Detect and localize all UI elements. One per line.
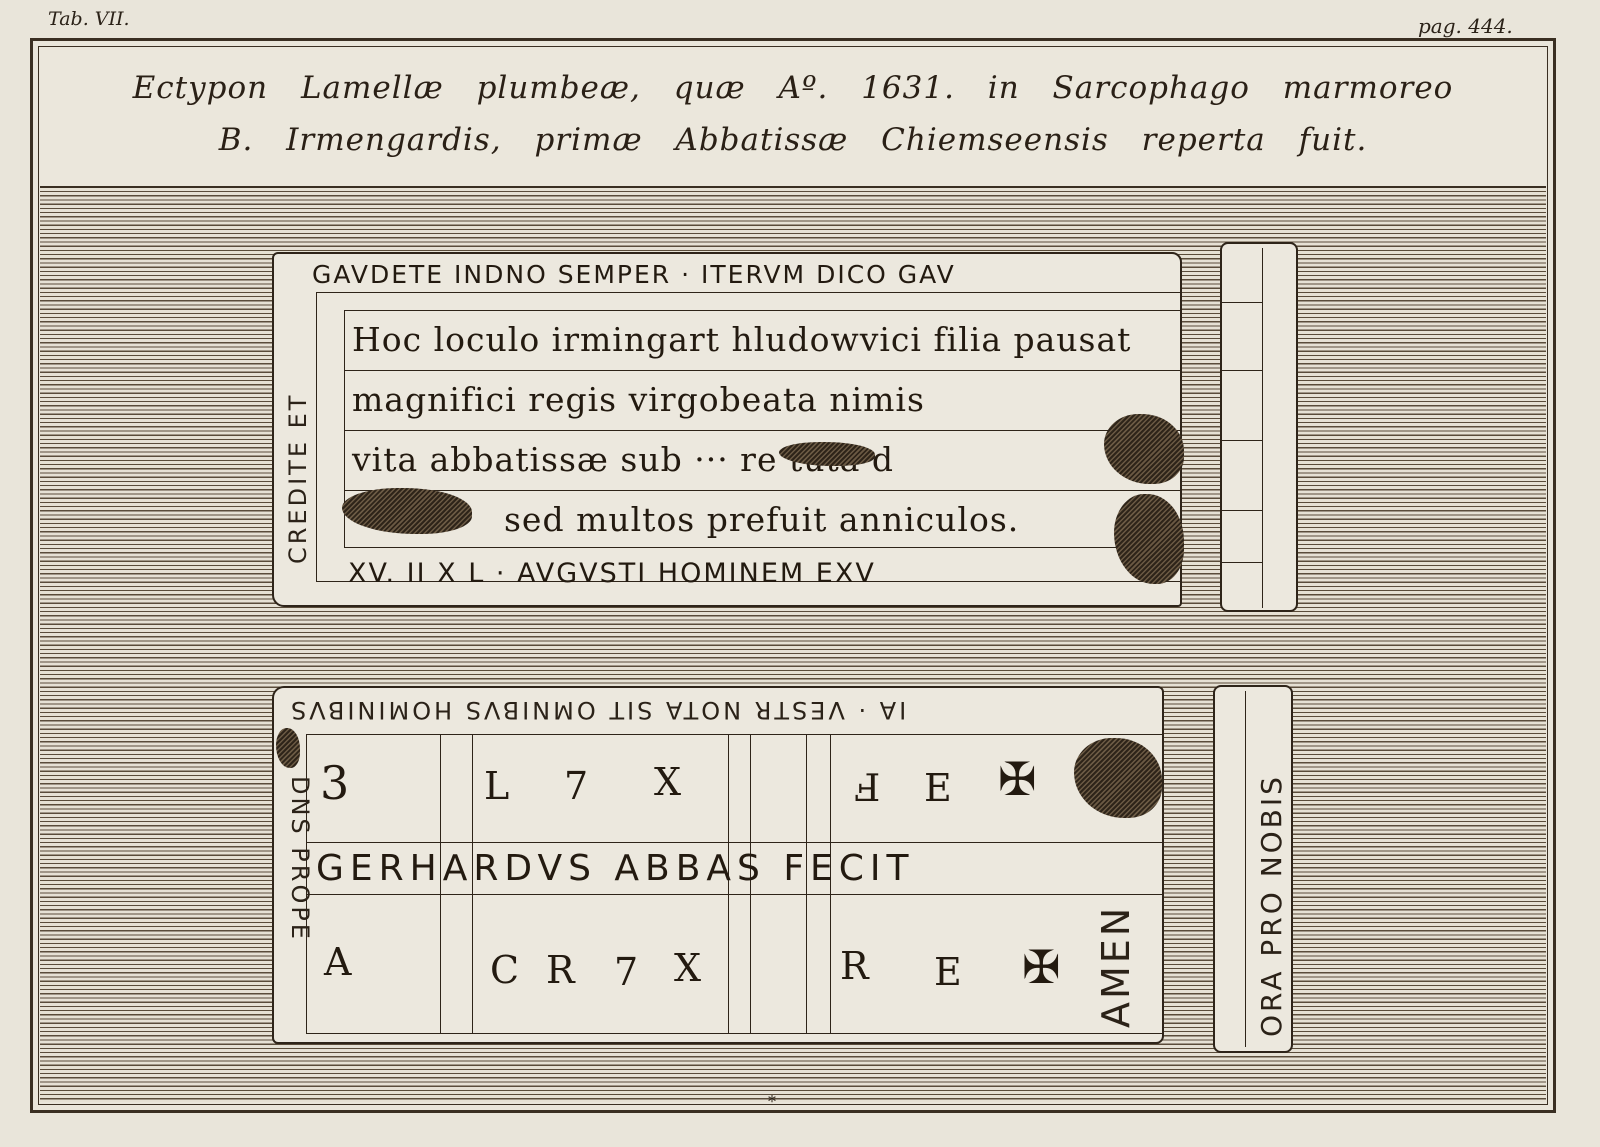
cross-glyph: ✠ <box>1022 940 1061 994</box>
glyph: 7 <box>614 950 638 994</box>
fragment-inscription: ORA PRO NOBIS <box>1255 774 1288 1037</box>
glyph: 7 <box>564 764 588 808</box>
inscription-line-1: Hoc loculo irmingart hludowvici filia pa… <box>352 320 1131 359</box>
line-rule <box>1222 562 1262 563</box>
cross-glyph: ✠ <box>998 752 1037 806</box>
corrosion-damage <box>276 728 300 768</box>
fragment-rule <box>1245 691 1246 1047</box>
line-rule <box>306 842 1162 843</box>
line-rule <box>1222 370 1262 371</box>
glyph: R <box>840 944 869 988</box>
glyph: C <box>490 948 519 992</box>
plate-number-label: Tab. VII. <box>48 8 130 30</box>
lead-tablet-fragment-bottom: ORA PRO NOBIS <box>1213 685 1293 1053</box>
title-cartouche: Ectypon Lamellæ plumbeæ, quæ Aº. 1631. i… <box>40 50 1546 188</box>
top-border-inscription: GAVDETE INDNO SEMPER · ITERVM DICO GAV <box>312 260 956 289</box>
glyph: L <box>484 764 509 808</box>
line-rule <box>344 370 1182 371</box>
lead-tablet-back: IA · VESTR NOTA SIT OMNIBVS HOMINIBVS DN… <box>272 686 1164 1044</box>
glyph: X <box>654 760 681 804</box>
glyph: A <box>324 940 351 984</box>
inscription-line-4: sed multos prefuit anniculos. <box>504 500 1019 539</box>
inscription-line-2: magnifici regis virgobeata nimis <box>352 380 925 419</box>
left-border-inscription: CREDITE ET <box>284 393 312 564</box>
glyph: X <box>674 946 701 990</box>
glyph: R <box>546 948 575 992</box>
line-rule <box>1222 302 1262 303</box>
maker-inscription: GERHARDVS ABBAS FECIT <box>316 848 915 889</box>
glyph: E <box>934 950 962 994</box>
date-line-inscription: XV. II X L · AVGVSTI HOMINEM EXV <box>348 558 876 589</box>
footer-star-mark: * <box>768 1092 776 1111</box>
glyph: Ⅎ <box>854 766 880 810</box>
lead-tablet-fragment-top <box>1220 242 1298 612</box>
fragment-rule <box>1262 248 1263 608</box>
top-border-inverted-inscription: IA · VESTR NOTA SIT OMNIBVS HOMINIBVS <box>288 696 906 724</box>
lead-tablet-front: GAVDETE INDNO SEMPER · ITERVM DICO GAV C… <box>272 252 1182 607</box>
line-rule <box>1222 440 1262 441</box>
page-number-label: pag. 444. <box>1418 14 1513 38</box>
title-line-2: B. Irmengardis, primæ Abbatissæ Chiemsee… <box>40 122 1546 158</box>
line-rule <box>344 430 1182 431</box>
line-rule <box>306 894 1162 895</box>
amen-partial-inscription: AMEN <box>1094 905 1138 1028</box>
glyph: 3 <box>320 756 349 810</box>
glyph: E <box>924 766 952 810</box>
line-rule <box>1222 510 1262 511</box>
title-line-1: Ectypon Lamellæ plumbeæ, quæ Aº. 1631. i… <box>40 70 1546 106</box>
line-rule <box>344 490 1182 491</box>
